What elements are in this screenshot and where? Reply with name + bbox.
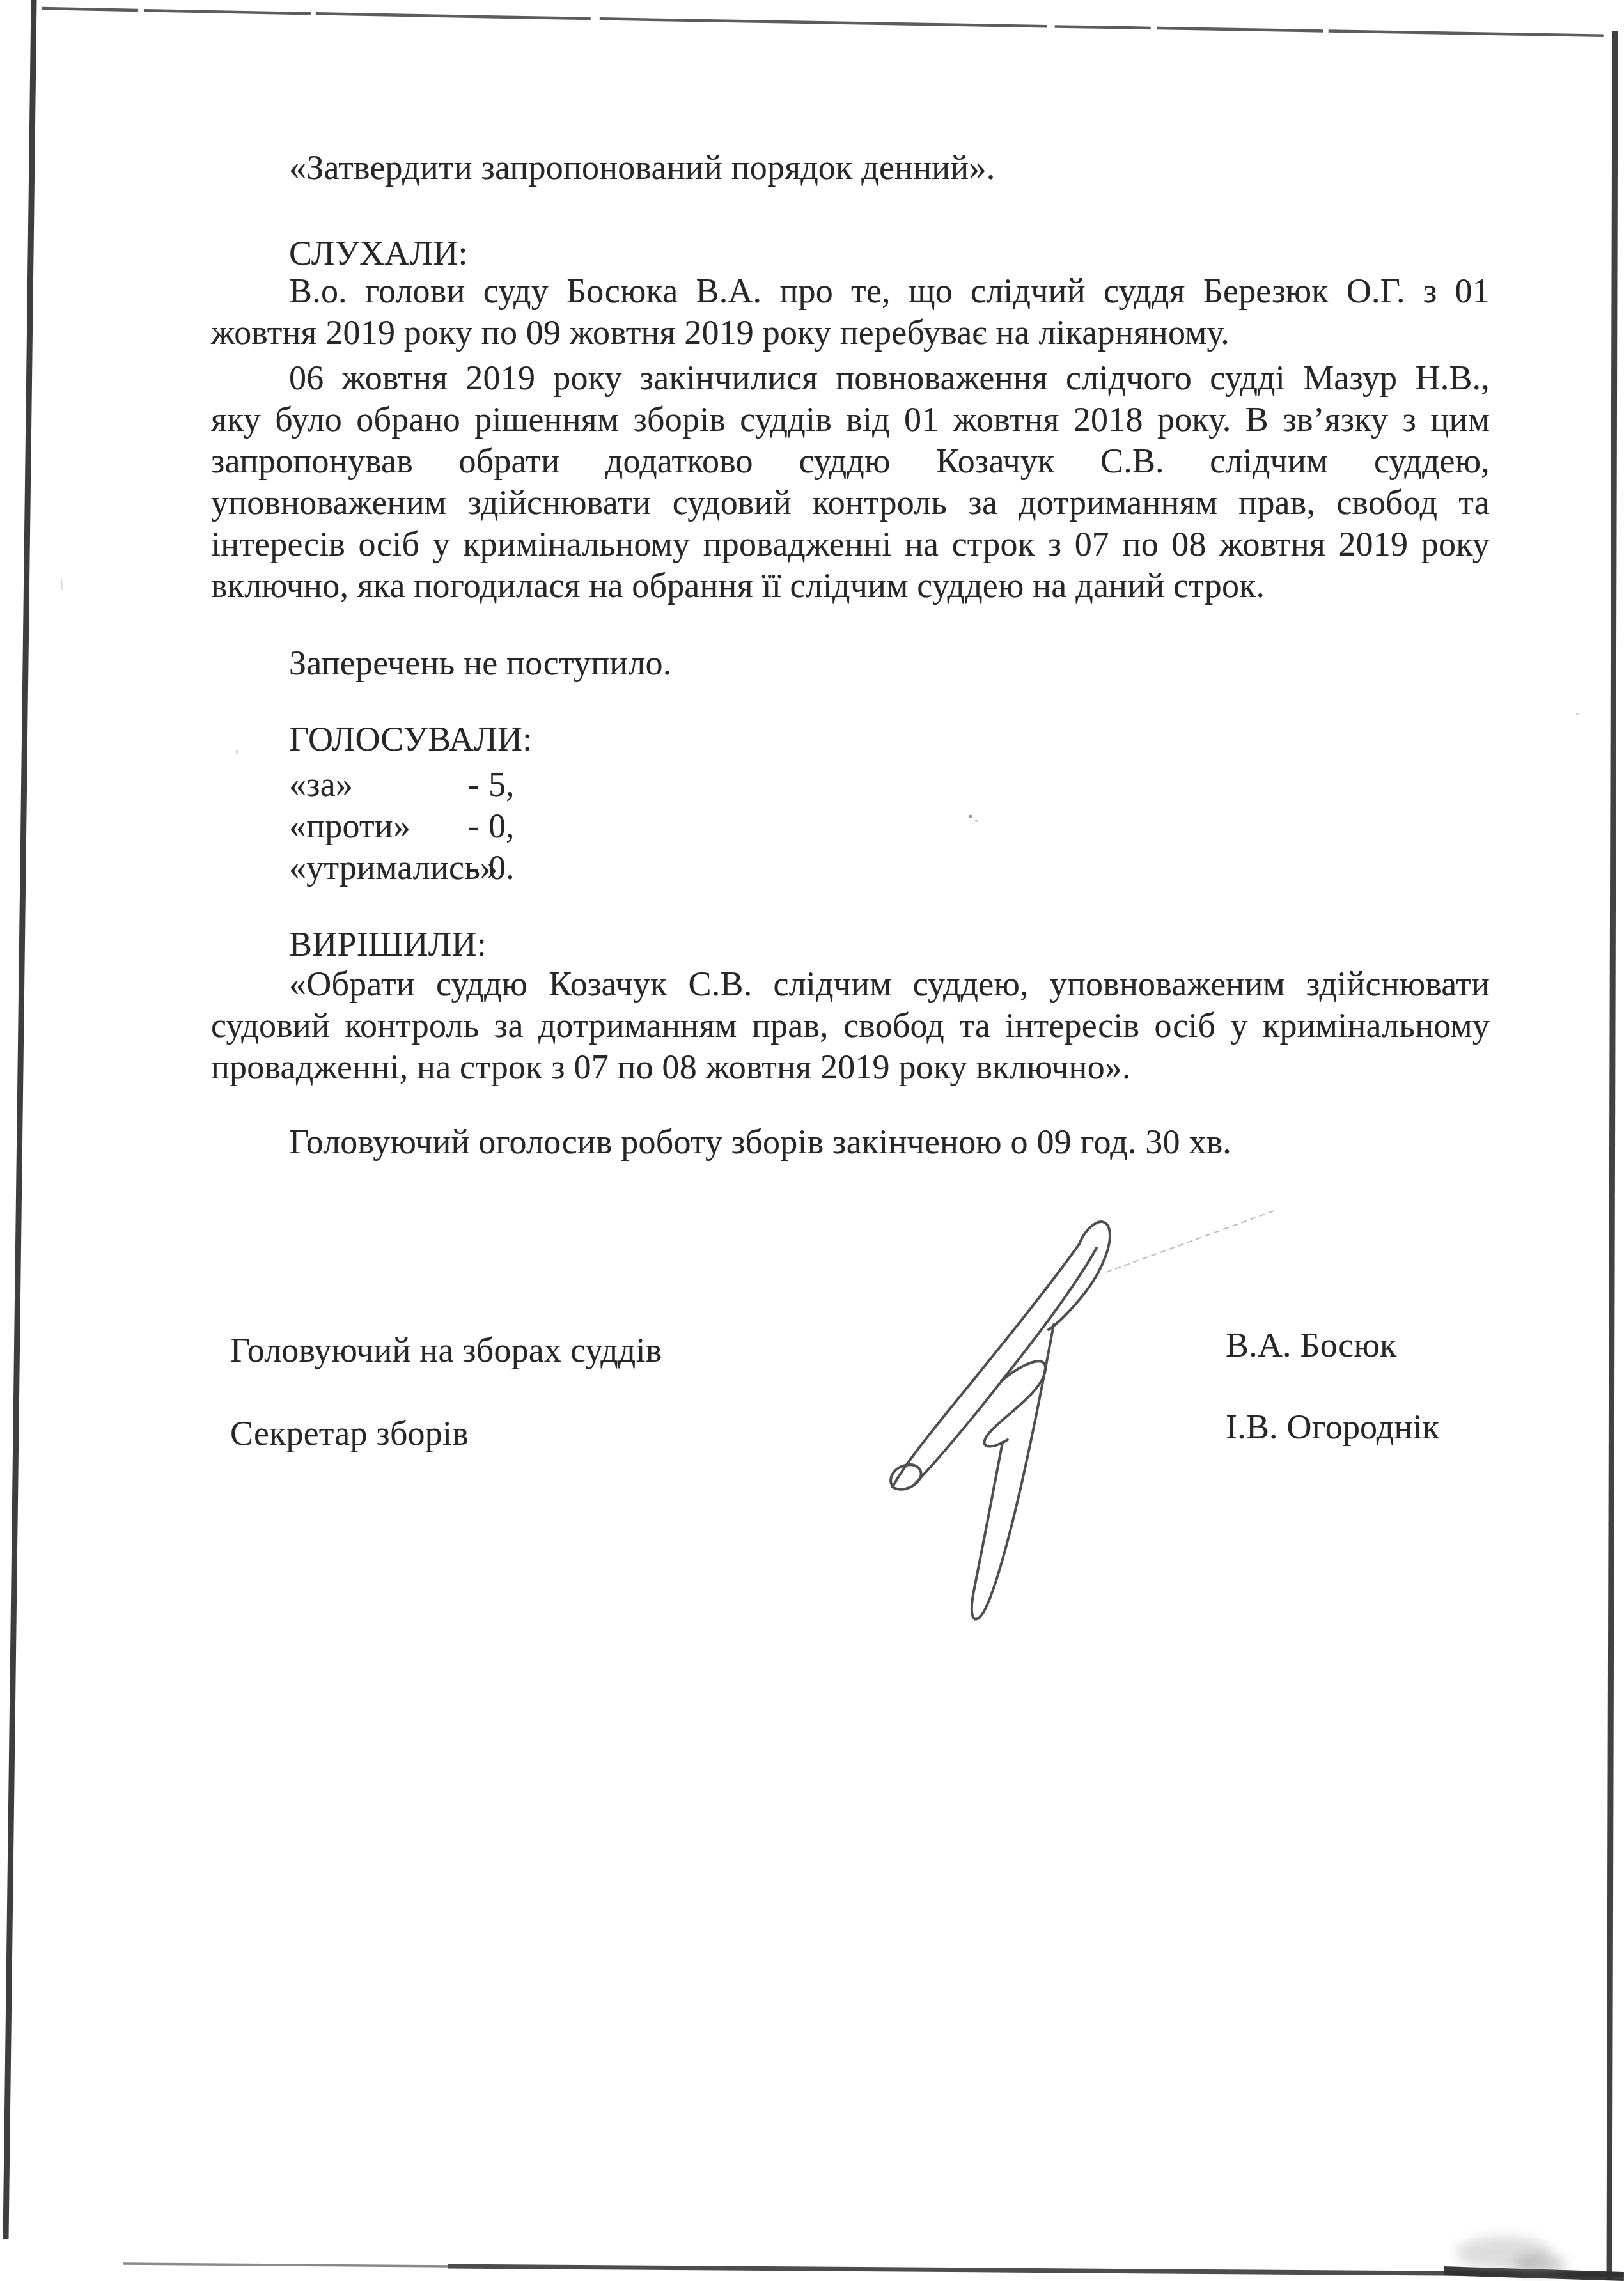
scanned-document-page: «Затвердити запропонований порядок денни… bbox=[0, 0, 1624, 2281]
signature-hairline-stroke bbox=[1106, 1210, 1277, 1272]
signature-handwriting bbox=[0, 0, 1624, 2281]
